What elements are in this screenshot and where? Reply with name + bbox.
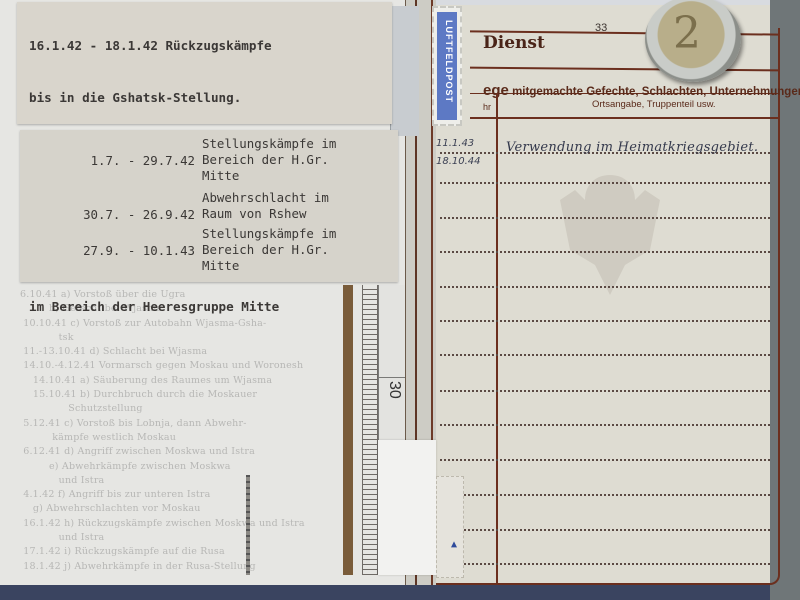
heading-battles: ege mitgemachte Gefechte, Schlachten, Un… bbox=[483, 82, 800, 99]
slip-line: 16.1.42 - 18.1.42 Rückzugskämpfe bbox=[29, 37, 392, 54]
slip-row-desc: Stellungskämpfe im bbox=[202, 136, 336, 153]
slip-row-dates: 1.7. - 29.7.42 bbox=[20, 153, 195, 170]
stamp-label: LUFTFELDPOST bbox=[444, 20, 454, 103]
slip-row-desc: Stellungskämpfe im bbox=[202, 226, 336, 243]
stamp-face: LUFTFELDPOST bbox=[437, 12, 457, 120]
slip-row-desc: Mitte bbox=[202, 258, 239, 275]
entry-line bbox=[440, 217, 770, 219]
entry-handwritten-text: Verwendung im Heimatkriegsgebiet. bbox=[506, 140, 758, 155]
heading-dienst: Dienst bbox=[483, 33, 545, 53]
slip-row-desc: Mitte bbox=[202, 168, 239, 185]
entry-line bbox=[440, 494, 770, 496]
coin-value: 2 bbox=[673, 8, 701, 59]
entry-date-to: 18.10.44 bbox=[436, 156, 481, 167]
slip-row-dates: 27.9. - 10.1.43 bbox=[20, 243, 195, 260]
scale-pole bbox=[246, 475, 250, 575]
column-divider bbox=[496, 93, 498, 583]
typed-slip-bottom: 1.7. - 29.7.42 Stellungskämpfe im Bereic… bbox=[20, 130, 398, 282]
heading-battles-text: mitgemachte Gefechte, Schlachten, Untern… bbox=[512, 86, 800, 98]
slip-row-desc: Bereich der H.Gr. bbox=[202, 152, 329, 169]
slip-row-desc: Bereich der H.Gr. bbox=[202, 242, 329, 259]
entry-line bbox=[440, 354, 770, 356]
slip-row-desc: Abwehrschlacht im bbox=[202, 190, 329, 207]
ruler-number: 30 bbox=[385, 381, 403, 399]
slip-row: 27.9. - 10.1.43 Stellungskämpfe im Berei… bbox=[20, 226, 398, 325]
entry-line bbox=[440, 182, 770, 184]
two-euro-coin: 2 bbox=[645, 0, 741, 82]
entry-line bbox=[440, 563, 770, 565]
entry-line bbox=[440, 424, 770, 426]
entry-date-from: 11.1.43 bbox=[436, 138, 474, 149]
rule-column-header bbox=[470, 117, 780, 119]
tape-patch bbox=[378, 440, 436, 575]
typed-slip-top: 16.1.42 - 18.1.42 Rückzugskämpfe bis in … bbox=[17, 2, 392, 124]
stamp-remnant: ▲ bbox=[436, 476, 464, 578]
entry-line bbox=[440, 529, 770, 531]
column-header-year: hr bbox=[483, 102, 491, 112]
entry-line bbox=[440, 390, 770, 392]
form-frame bbox=[428, 28, 780, 585]
slip-line: bis in die Gshatsk-Stellung. bbox=[29, 89, 392, 106]
eagle-watermark-icon bbox=[555, 170, 665, 300]
tape-strip bbox=[390, 6, 419, 136]
luftfeldpost-stamp: LUFTFELDPOST bbox=[432, 6, 462, 126]
stamp-triangle-icon: ▲ bbox=[451, 539, 457, 550]
entry-line bbox=[440, 286, 770, 288]
entry-line bbox=[440, 251, 770, 253]
entry-line bbox=[440, 320, 770, 322]
entry-line bbox=[440, 459, 770, 461]
slip-row-dates: 30.7. - 26.9.42 bbox=[20, 207, 195, 224]
column-header-location: Ortsangabe, Truppenteil usw. bbox=[592, 99, 716, 110]
slip-row-desc: Raum von Rshew bbox=[202, 206, 306, 223]
